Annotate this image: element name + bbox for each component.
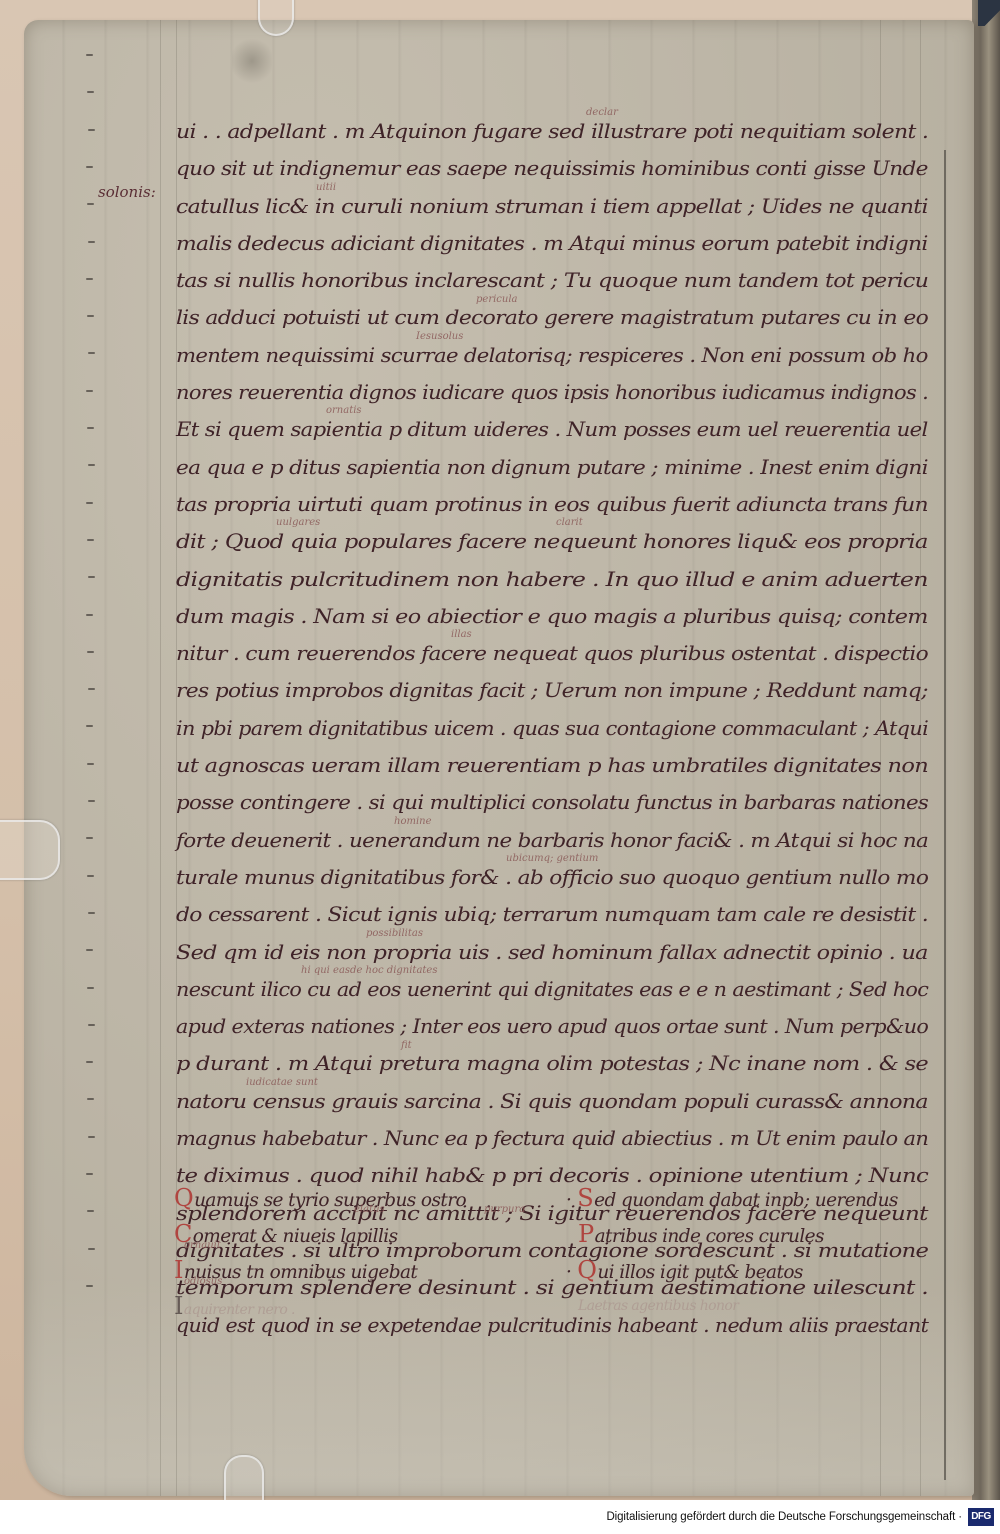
pricking-mark	[86, 166, 93, 168]
line-text: nescunt ilico cu ad eos uenerint qui dig…	[176, 971, 928, 1008]
verse-text: Laetras agentibus honor	[578, 1298, 738, 1314]
book-binding	[972, 0, 1000, 1500]
manuscript-line: Et si quem sapientia p ditum uideres . N…	[176, 411, 936, 448]
page-clip-top	[258, 0, 294, 36]
manuscript-line: apud exteras nationes ; Inter eos uero a…	[176, 1008, 936, 1045]
interlinear-gloss: possibilitas	[366, 928, 423, 939]
marginal-note: solonis:	[98, 183, 156, 201]
gutter-crease	[944, 150, 946, 1480]
manuscript-line: res potius improbos dignitas facit ; Uer…	[176, 672, 936, 709]
line-text: in pbi parem dignitatibus uicem . quas s…	[176, 710, 928, 747]
interlinear-gloss: illas	[451, 629, 472, 640]
line-text: tas si nullis honoribus inclarescant ; T…	[176, 262, 928, 299]
verse-line: Quamuis se tyrio superbus ostro	[174, 1180, 466, 1216]
ruling-line	[160, 20, 161, 1496]
interlinear-gloss: homine	[394, 816, 432, 827]
line-text: ut agnoscas ueram illam reuerentiam p ha…	[176, 747, 928, 784]
interlinear-gloss: hi qui easde hoc dignitates	[301, 965, 437, 976]
line-text: malis dedecus adiciant dignitates . m At…	[176, 225, 928, 262]
line-text: ui . . adpellant . m Atquinon fugare sed…	[176, 113, 928, 150]
manuscript-line: in pbi parem dignitatibus uicem . quas s…	[176, 710, 936, 747]
pricking-mark	[87, 315, 94, 317]
rubricated-initial: P	[578, 1220, 594, 1248]
pricking-mark	[88, 576, 95, 578]
pricking-mark	[87, 763, 94, 765]
verse-text: aquirenter nero .	[184, 1302, 295, 1318]
page-clip-left	[0, 820, 60, 880]
verse-text: uamuis se tyrio superbus ostro	[194, 1190, 466, 1211]
pricking-mark	[88, 1024, 95, 1026]
manuscript-line: ui . . adpellant . m Atquinon fugare sed…	[176, 113, 936, 150]
manuscript-line: dignitatis pulcritudinem non habere . In…	[176, 561, 936, 598]
verse-text: ed quondam dabat inpb; uerendus	[594, 1190, 898, 1211]
verse-gloss: elatus	[354, 1204, 385, 1215]
pricking-mark	[88, 464, 95, 466]
verse-line: Laetras agentibus honor	[566, 1288, 898, 1324]
line-text: Et si quem sapientia p ditum uideres . N…	[176, 411, 928, 448]
manuscript-line: ut agnoscas ueram illam reuerentiam p ha…	[176, 747, 936, 784]
manuscript-line: do cessarent . Sicut ignis ubiq; terraru…	[176, 896, 936, 933]
line-text: quo sit ut indignemur eas saepe nequissi…	[176, 150, 928, 187]
line-text: dit ; Quod quia populares facere nequeun…	[176, 523, 928, 560]
interlinear-gloss: pericula	[476, 294, 518, 305]
pricking-mark	[88, 688, 95, 690]
manuscript-line: tas si nullis honoribus inclarescant ; T…	[176, 262, 936, 299]
rubricated-initial: S	[577, 1184, 593, 1212]
pricking-mark	[88, 1136, 95, 1138]
verse-text: ui illos igit put& beatos	[597, 1262, 802, 1283]
manuscript-line: lis adduci potuisti ut cum decorato gere…	[176, 299, 936, 336]
manuscript-line: Sed qm id eis non propria uis . sed homi…	[176, 934, 936, 971]
interlinear-gloss: ornatis	[326, 405, 362, 416]
verse-column-left: Quamuis se tyrio superbus ostroComerat &…	[174, 1180, 466, 1324]
line-text: turale munus dignitatibus for& . ab offi…	[176, 859, 928, 896]
manuscript-line: catullus lic& in curuli nonium struman i…	[176, 188, 936, 225]
manuscript-line: nescunt ilico cu ad eos uenerint qui dig…	[176, 971, 936, 1008]
interlinear-gloss: clarit	[556, 517, 583, 528]
interlinear-gloss: Iesusolus	[416, 331, 463, 342]
manuscript-line: malis dedecus adiciant dignitates . m At…	[176, 225, 936, 262]
verse-line: ·Qui illos igit put& beatos	[566, 1252, 898, 1288]
funding-credit: Digitalisierung gefördert durch die Deut…	[606, 1511, 962, 1523]
line-text: dignitatis pulcritudinem non habere . In…	[176, 561, 928, 598]
manuscript-line: posse contingere . si qui multiplici con…	[176, 784, 936, 821]
manuscript-line: dit ; Quod quia populares facere nequeun…	[176, 523, 936, 560]
verse-text: atribus inde cores curules	[595, 1226, 824, 1247]
pricking-mark	[86, 390, 93, 392]
footer-bar: Digitalisierung gefördert durch die Deut…	[0, 1500, 1000, 1534]
interlinear-gloss: uulgares	[276, 517, 320, 528]
pricking-mark	[87, 875, 94, 877]
pricking-mark	[86, 614, 93, 616]
line-text: lis adduci potuisti ut cum decorato gere…	[176, 299, 928, 336]
line-text: mentem nequissimi scurrae delatorisq; re…	[176, 337, 928, 374]
pricking-mark	[88, 241, 95, 243]
pricking-mark	[86, 1061, 93, 1063]
pricking-mark	[87, 427, 94, 429]
manuscript-line: dum magis . Nam si eo abiectior e quo ma…	[176, 598, 936, 635]
line-text: res potius improbos dignitas facit ; Uer…	[176, 672, 928, 709]
manuscript-line: magnus habebatur . Nunc ea p fectura qui…	[176, 1120, 936, 1157]
pricking-mark	[86, 837, 93, 839]
line-text: magnus habebatur . Nunc ea p fectura qui…	[176, 1120, 928, 1157]
interlinear-gloss: ubicumq; gentium	[506, 853, 598, 864]
verse-bullet: ·	[566, 1262, 571, 1283]
line-text: posse contingere . si qui multiplici con…	[176, 784, 928, 821]
pricking-mark	[87, 651, 94, 653]
interlinear-gloss: iudicatae sunt	[246, 1077, 318, 1088]
rubricated-initial: I	[174, 1256, 183, 1284]
verse-gloss: purpura	[484, 1204, 525, 1215]
verse-line: Patribus inde cores curules	[566, 1216, 898, 1252]
verse-gloss: ornauit	[184, 1240, 221, 1251]
dfg-logo-icon: DFG	[968, 1508, 994, 1526]
manuscript-line: nores reuerentia dignos iudicare quos ip…	[176, 374, 936, 411]
pricking-mark	[88, 912, 95, 914]
manuscript-line: nitur . cum reuerendos facere nequeat qu…	[176, 635, 936, 672]
interlinear-gloss: declar	[586, 107, 618, 118]
parchment-stain	[232, 36, 272, 86]
verse-bullet: ·	[566, 1190, 571, 1211]
main-text-block: ui . . adpellant . m Atquinon fugare sed…	[176, 113, 936, 1344]
line-text: nores reuerentia dignos iudicare quos ip…	[176, 374, 928, 411]
line-text: nitur . cum reuerendos facere nequeat qu…	[176, 635, 928, 672]
pricking-mark	[86, 54, 93, 56]
manuscript-line: turale munus dignitatibus for& . ab offi…	[176, 859, 936, 896]
rubricated-initial: Q	[174, 1184, 193, 1212]
pricking-mark	[87, 987, 94, 989]
line-text: do cessarent . Sicut ignis ubiq; terraru…	[176, 896, 928, 933]
verse-column-right: ·Sed quondam dabat inpb; uerendusPatribu…	[566, 1180, 898, 1324]
pricking-mark	[87, 91, 94, 93]
line-text: apud exteras nationes ; Inter eos uero a…	[176, 1008, 928, 1045]
pricking-mark	[88, 1248, 95, 1250]
interlinear-gloss: uitii	[316, 182, 336, 193]
pricking-mark	[86, 502, 93, 504]
verse-line: Iaquirenter nero .	[174, 1288, 466, 1324]
line-text: Sed qm id eis non propria uis . sed homi…	[176, 934, 928, 971]
rubricated-initial: Q	[577, 1256, 596, 1284]
verse-line: ·Sed quondam dabat inpb; uerendus	[566, 1180, 898, 1216]
pricking-mark	[88, 129, 95, 131]
interlinear-gloss: fit	[401, 1040, 412, 1051]
pricking-mark	[86, 1285, 93, 1287]
manuscript-line: natoru census grauis sarcina . Si quis q…	[176, 1083, 936, 1120]
verse-text: omerat & niueis lapillis	[193, 1226, 398, 1247]
pricking-mark	[87, 1210, 94, 1212]
rubricated-initial: I	[174, 1292, 183, 1320]
verse-gloss: odiosus	[184, 1276, 222, 1287]
pricking-mark	[86, 1173, 93, 1175]
pricking-mark	[87, 539, 94, 541]
line-text: ea qua e p ditus sapientia non dignum pu…	[176, 449, 928, 486]
line-text: dum magis . Nam si eo abiectior e quo ma…	[176, 598, 928, 635]
manuscript-line: ea qua e p ditus sapientia non dignum pu…	[176, 449, 936, 486]
pricking-mark	[86, 278, 93, 280]
manuscript-line: quo sit ut indignemur eas saepe nequissi…	[176, 150, 936, 187]
line-text: catullus lic& in curuli nonium struman i…	[176, 188, 928, 225]
manuscript-line: mentem nequissimi scurrae delatorisq; re…	[176, 337, 936, 374]
line-text: natoru census grauis sarcina . Si quis q…	[176, 1083, 928, 1120]
pricking-mark	[86, 949, 93, 951]
pricking-mark	[88, 800, 95, 802]
pricking-mark	[87, 203, 94, 205]
